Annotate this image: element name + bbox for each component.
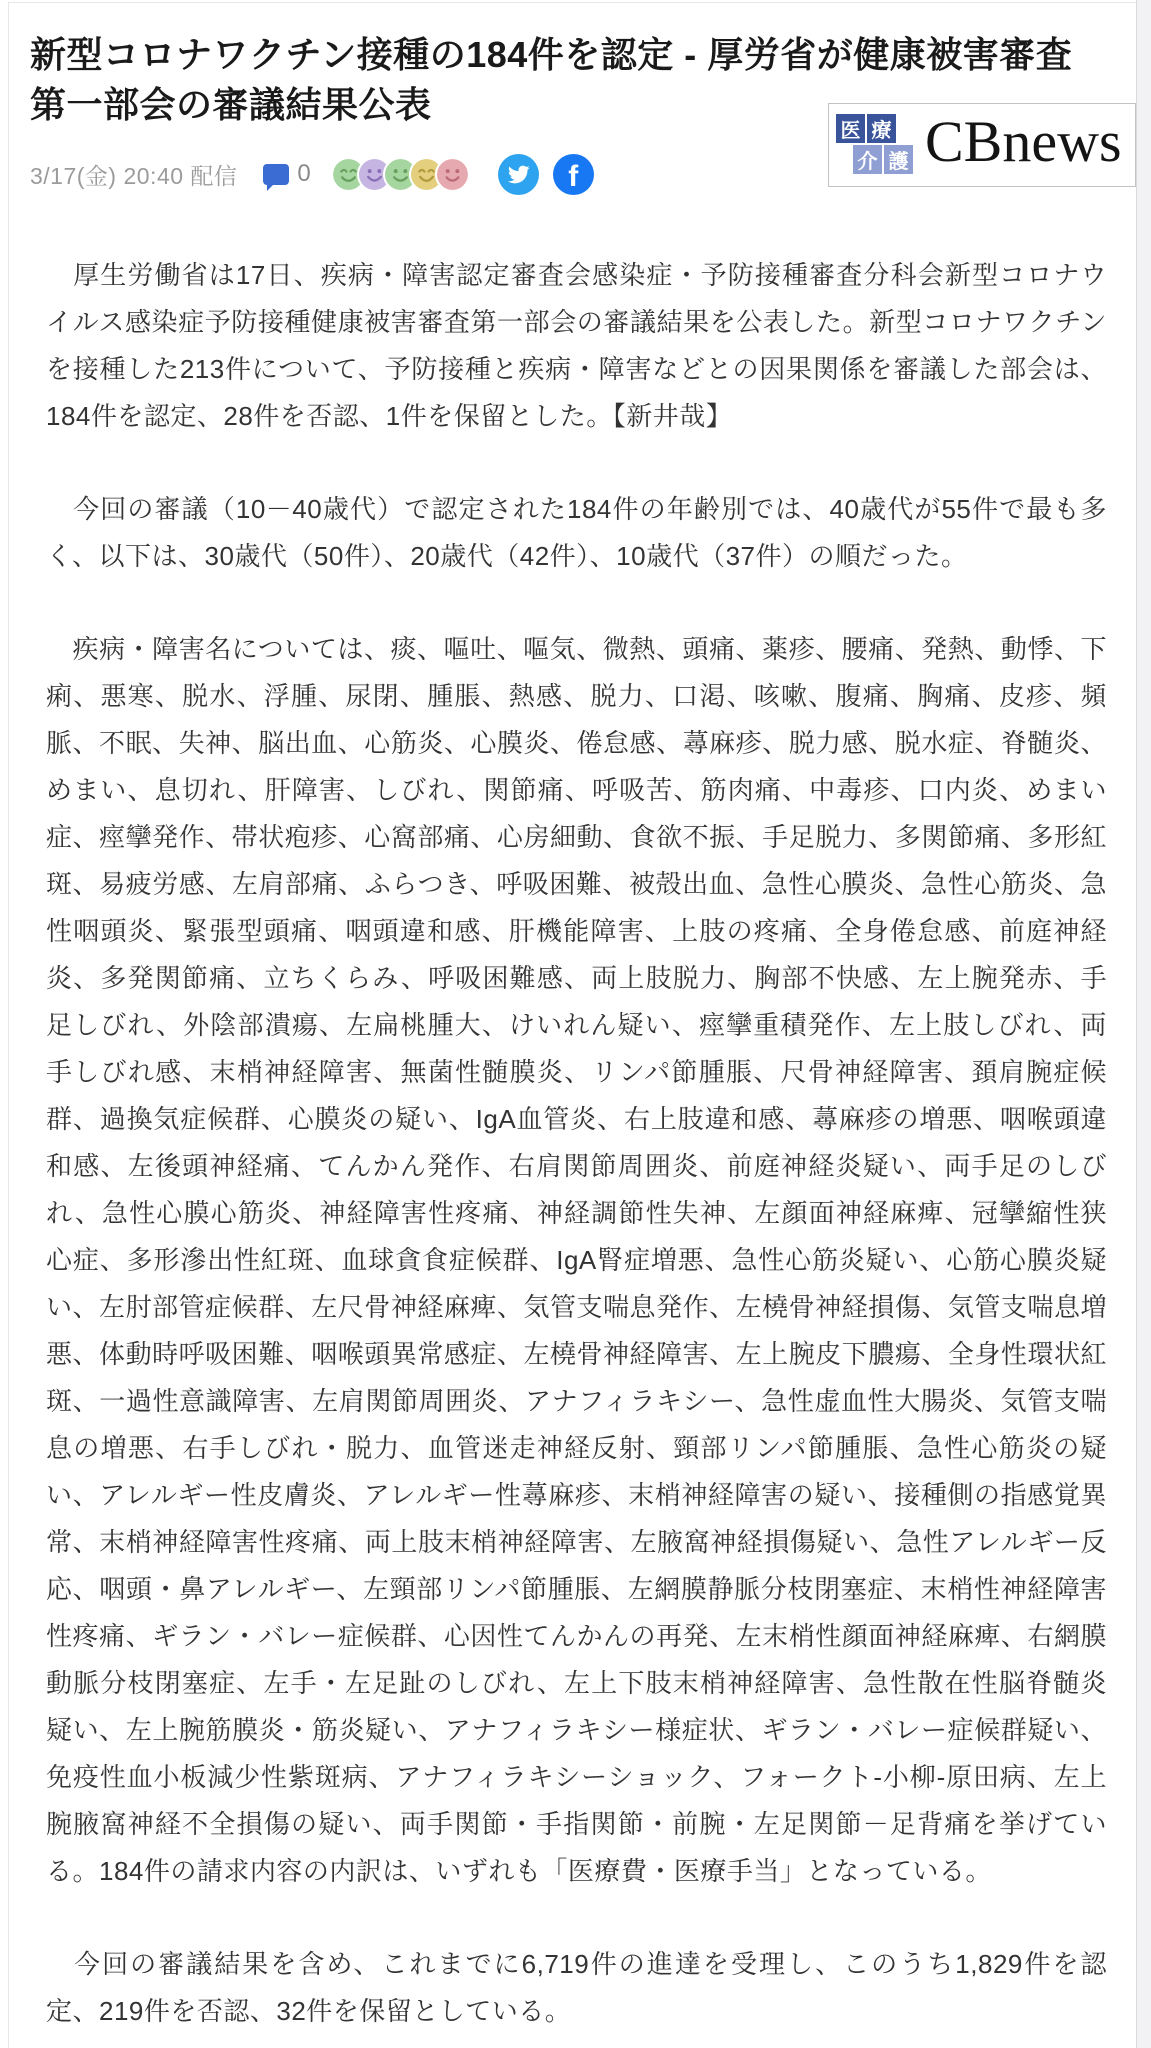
twitter-bird-icon bbox=[507, 163, 530, 186]
article-paragraph-3: 疾病・障害名については、痰、嘔吐、嘔気、微熱、頭痛、薬疹、腰痛、発熱、動悸、下痢… bbox=[46, 626, 1107, 1895]
reaction-emoji-group[interactable] bbox=[333, 159, 468, 190]
facebook-share-button[interactable]: f bbox=[553, 154, 594, 195]
article-title: 新型コロナワクチン接種の184件を認定 - 厚労省が健康被害審査第一部会の審議結… bbox=[30, 30, 1107, 130]
article-paragraph-1: 厚生労働省は17日、疾病・障害認定審査会感染症・予防接種審査分科会新型コロナウイ… bbox=[46, 252, 1107, 440]
twitter-share-button[interactable] bbox=[498, 154, 539, 195]
comment-count: 0 bbox=[297, 160, 310, 188]
article-paragraph-4: 今回の審議結果を含め、これまでに6,719件の進達を受理し、このうち1,829件… bbox=[46, 1941, 1107, 2035]
page-left-border bbox=[8, 2, 9, 2048]
comment-bubble-icon bbox=[263, 164, 289, 185]
article-page: 医 療 介 護 CBnews 新型コロナワクチン接種の184件を認定 - 厚労省… bbox=[0, 0, 1151, 2048]
page-top-border bbox=[8, 2, 1137, 3]
facebook-f-icon: f bbox=[568, 160, 578, 194]
comment-button[interactable]: 0 bbox=[263, 160, 310, 188]
publish-date: 3/17(金) 20:40 配信 bbox=[30, 158, 237, 191]
article-body: 厚生労働省は17日、疾病・障害認定審査会感染症・予防接種審査分科会新型コロナウイ… bbox=[30, 252, 1107, 2035]
article-paragraph-2: 今回の審議（10－40歳代）で認定された184件の年齢別では、40歳代が55件で… bbox=[46, 486, 1107, 580]
reaction-face-pink-icon[interactable] bbox=[437, 159, 468, 190]
scrollbar-track[interactable] bbox=[1136, 0, 1151, 2048]
article-meta-row: 3/17(金) 20:40 配信 0 bbox=[30, 152, 1107, 196]
